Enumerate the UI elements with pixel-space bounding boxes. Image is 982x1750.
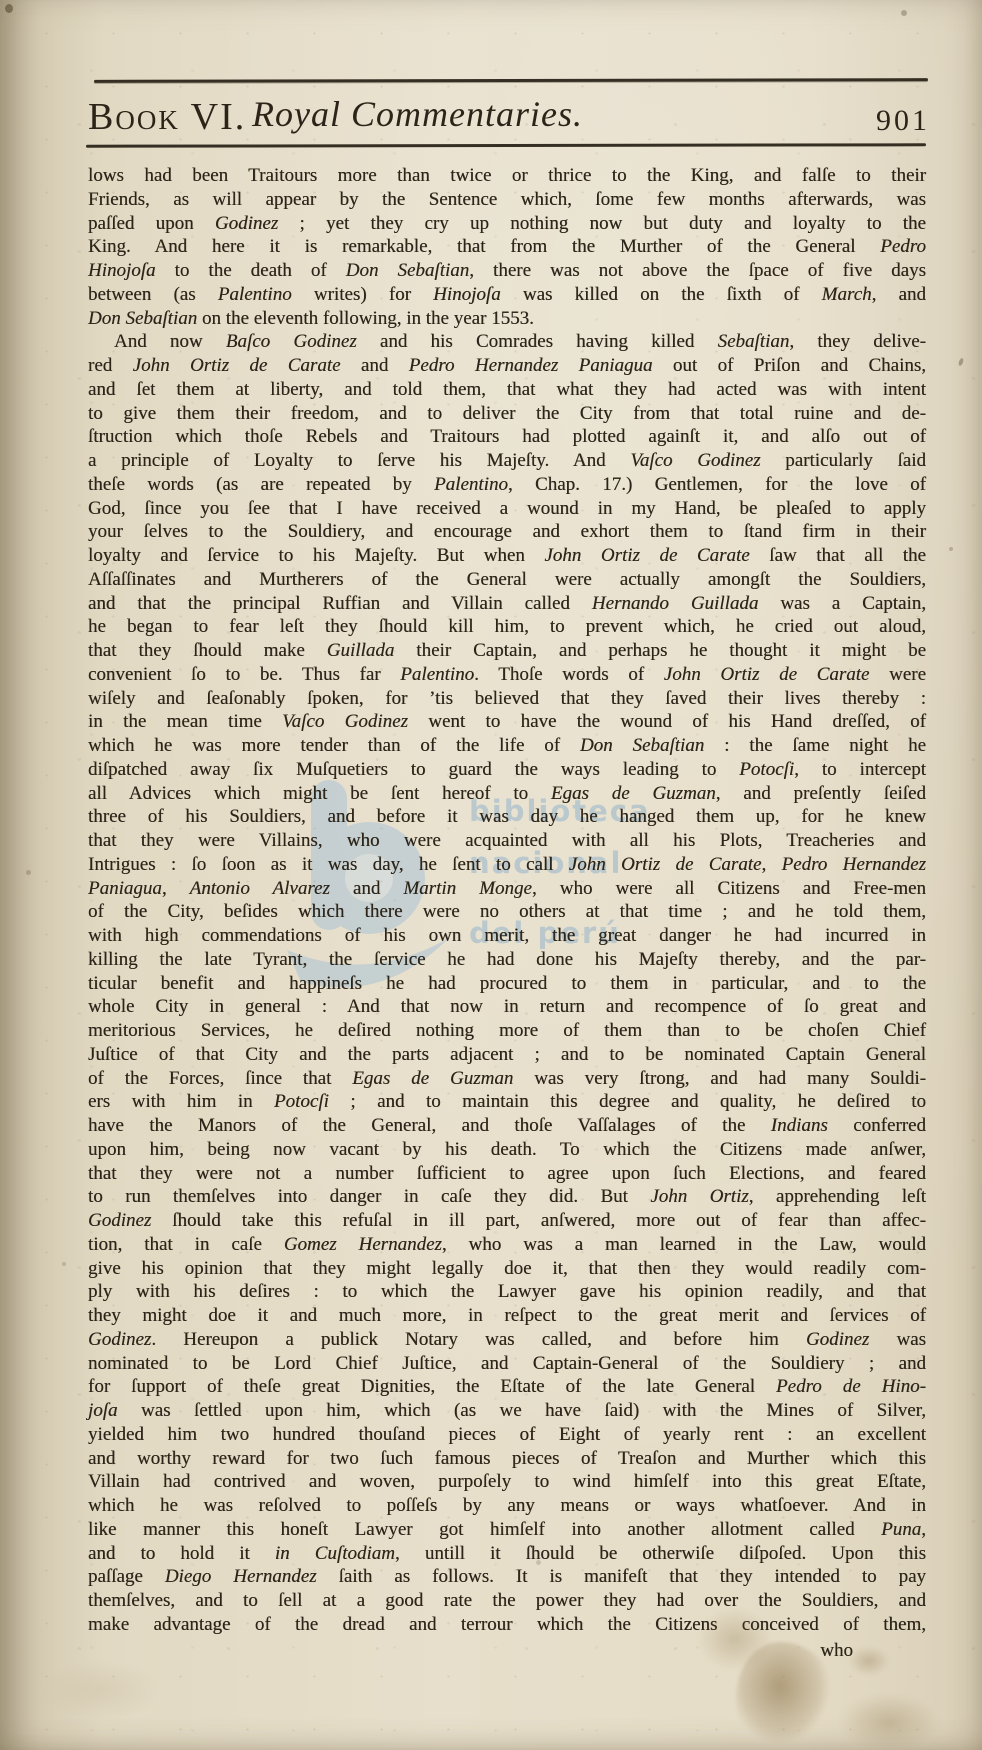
ink-stain — [826, 1686, 952, 1750]
text-line: killing the late Tyrant, the ſervice he … — [88, 948, 926, 972]
text-line: that they ſhould make Guillada their Cap… — [88, 639, 926, 663]
text-line: lows had been Traitours more than twice … — [88, 164, 926, 188]
text-line: to run themſelves into danger in caſe th… — [88, 1185, 926, 1209]
text-line: Don Sebaſtian on the eleventh following,… — [88, 307, 926, 331]
text-line: ticular benefit and happineſs he had pro… — [88, 972, 926, 996]
paper-discoloration — [40, 1660, 160, 1720]
paper-speck — [958, 358, 964, 367]
text-line: God, ſince you ſee that I have received … — [88, 497, 926, 521]
text-line: And now Baſco Godinez and his Comrades h… — [88, 330, 926, 354]
text-line: wiſely and ſeaſonably ſpoken, for ’tis b… — [88, 687, 926, 711]
book-page: biblioteca nacional del perú Book VI. Ro… — [0, 0, 982, 1750]
text-line: red John Ortiz de Carate and Pedro Herna… — [88, 354, 926, 378]
body-text: lows had been Traitours more than twice … — [88, 164, 926, 1637]
ink-stain — [848, 1646, 890, 1676]
text-line: with high commendations of his own merit… — [88, 924, 926, 948]
text-line: Intrigues : ſo ſoon as it was day, he ſe… — [88, 853, 926, 877]
text-line: that they were Villains, who were acquai… — [88, 829, 926, 853]
text-line: they might doe it and much more, in reſp… — [88, 1304, 926, 1328]
paper-speck — [26, 870, 31, 875]
text-line: of the City, beſides which there were no… — [88, 900, 926, 924]
text-line: and ſet them at liberty, and told them, … — [88, 378, 926, 402]
header-rule-top — [94, 78, 928, 83]
text-line: tion, that in caſe Gomez Hernandez, who … — [88, 1233, 926, 1257]
text-line: whole City in general : And that now in … — [88, 995, 926, 1019]
text-line: convenient ſo to be. Thus far Palentino.… — [88, 663, 926, 687]
text-line: King. And here it is remarkable, that fr… — [88, 235, 926, 259]
paper-speck — [62, 1262, 66, 1266]
text-line: for ſupport of theſe great Dignities, th… — [88, 1375, 926, 1399]
text-line: paſſed upon Godinez ; yet they cry up no… — [88, 212, 926, 236]
text-line: upon him, being now vacant by his death.… — [88, 1138, 926, 1162]
text-line: Aſſaſſinates and Murtherers of the Gener… — [88, 568, 926, 592]
text-line: and that the principal Ruffian and Villa… — [88, 592, 926, 616]
text-line: nominated to be Lord Chief Juſtice, and … — [88, 1352, 926, 1376]
text-line: that they were not a number ſufficient t… — [88, 1162, 926, 1186]
text-line: diſpatched away ſix Muſquetiers to guard… — [88, 758, 926, 782]
text-line: ply with his deſires : to which the Lawy… — [88, 1280, 926, 1304]
text-line: a principle of Loyalty to ſerve his Maje… — [88, 449, 926, 473]
text-line: loyalty and ſervice to his Majeſty. But … — [88, 544, 926, 568]
text-line: like manner this honeſt Lawyer got himſe… — [88, 1518, 926, 1542]
text-line: give his opinion that they might legally… — [88, 1257, 926, 1281]
text-line: which he was reſolved to poſſeſs by any … — [88, 1494, 926, 1518]
text-line: make advantage of the dread and terrour … — [88, 1613, 926, 1637]
text-line: and worthy reward for two ſuch famous pi… — [88, 1447, 926, 1471]
text-line: three of his Souldiers, and before it wa… — [88, 805, 926, 829]
text-line: meritorious Services, he deſired nothing… — [88, 1019, 926, 1043]
text-line: Friends, as will appear by the Sentence … — [88, 188, 926, 212]
paper-speck — [949, 547, 953, 551]
text-line: he began to fear leſt they ſhould kill h… — [88, 615, 926, 639]
text-line: your ſelves to the Souldiery, and encour… — [88, 520, 926, 544]
text-line: yielded him two hundred thouſand pieces … — [88, 1423, 926, 1447]
page-number: 901 — [876, 104, 930, 138]
running-title: Royal Commentaries. — [252, 93, 583, 135]
text-line: theſe words (as are repeated by Palentin… — [88, 473, 926, 497]
text-line: ſtruction which thoſe Rebels and Traitou… — [88, 425, 926, 449]
text-line: all Advices which might be ſent hereof t… — [88, 782, 926, 806]
text-line: and to hold it in Cuſtodiam, untill it ſ… — [88, 1542, 926, 1566]
text-line: of the Forces, ſince that Egas de Guzman… — [88, 1067, 926, 1091]
text-line: in the mean time Vaſco Godinez went to h… — [88, 710, 926, 734]
text-line: Paniagua, Antonio Alvarez and Martin Mon… — [88, 877, 926, 901]
text-line: themſelves, and to ſell at a good rate t… — [88, 1589, 926, 1613]
catchword: who — [820, 1640, 853, 1662]
text-line: to give them their freedom, and to deliv… — [88, 402, 926, 426]
paper-speck — [5, 4, 13, 13]
text-line: Villain had contrived and woven, purpoſe… — [88, 1470, 926, 1494]
text-line: Juſtice of that City and the parts adjac… — [88, 1043, 926, 1067]
header-rule-bottom — [86, 143, 926, 147]
text-line: Godinez. Hereupon a publick Notary was c… — [88, 1328, 926, 1352]
text-line: Hinojoſa to the death of Don Sebaſtian, … — [88, 259, 926, 283]
text-line: joſa was ſettled upon him, which (as we … — [88, 1399, 926, 1423]
text-line: Godinez ſhould take this refuſal in ill … — [88, 1209, 926, 1233]
text-line: have the Manors of the General, and thoſ… — [88, 1114, 926, 1138]
text-line: between (as Palentino writes) for Hinojo… — [88, 283, 926, 307]
text-line: which he was more tender than of the lif… — [88, 734, 926, 758]
book-label: Book VI. — [88, 95, 246, 139]
text-line: paſſage Diego Hernandez ſaith as follows… — [88, 1565, 926, 1589]
paper-speck — [901, 10, 907, 16]
text-line: ers with him in Potocſi ; and to maintai… — [88, 1090, 926, 1114]
